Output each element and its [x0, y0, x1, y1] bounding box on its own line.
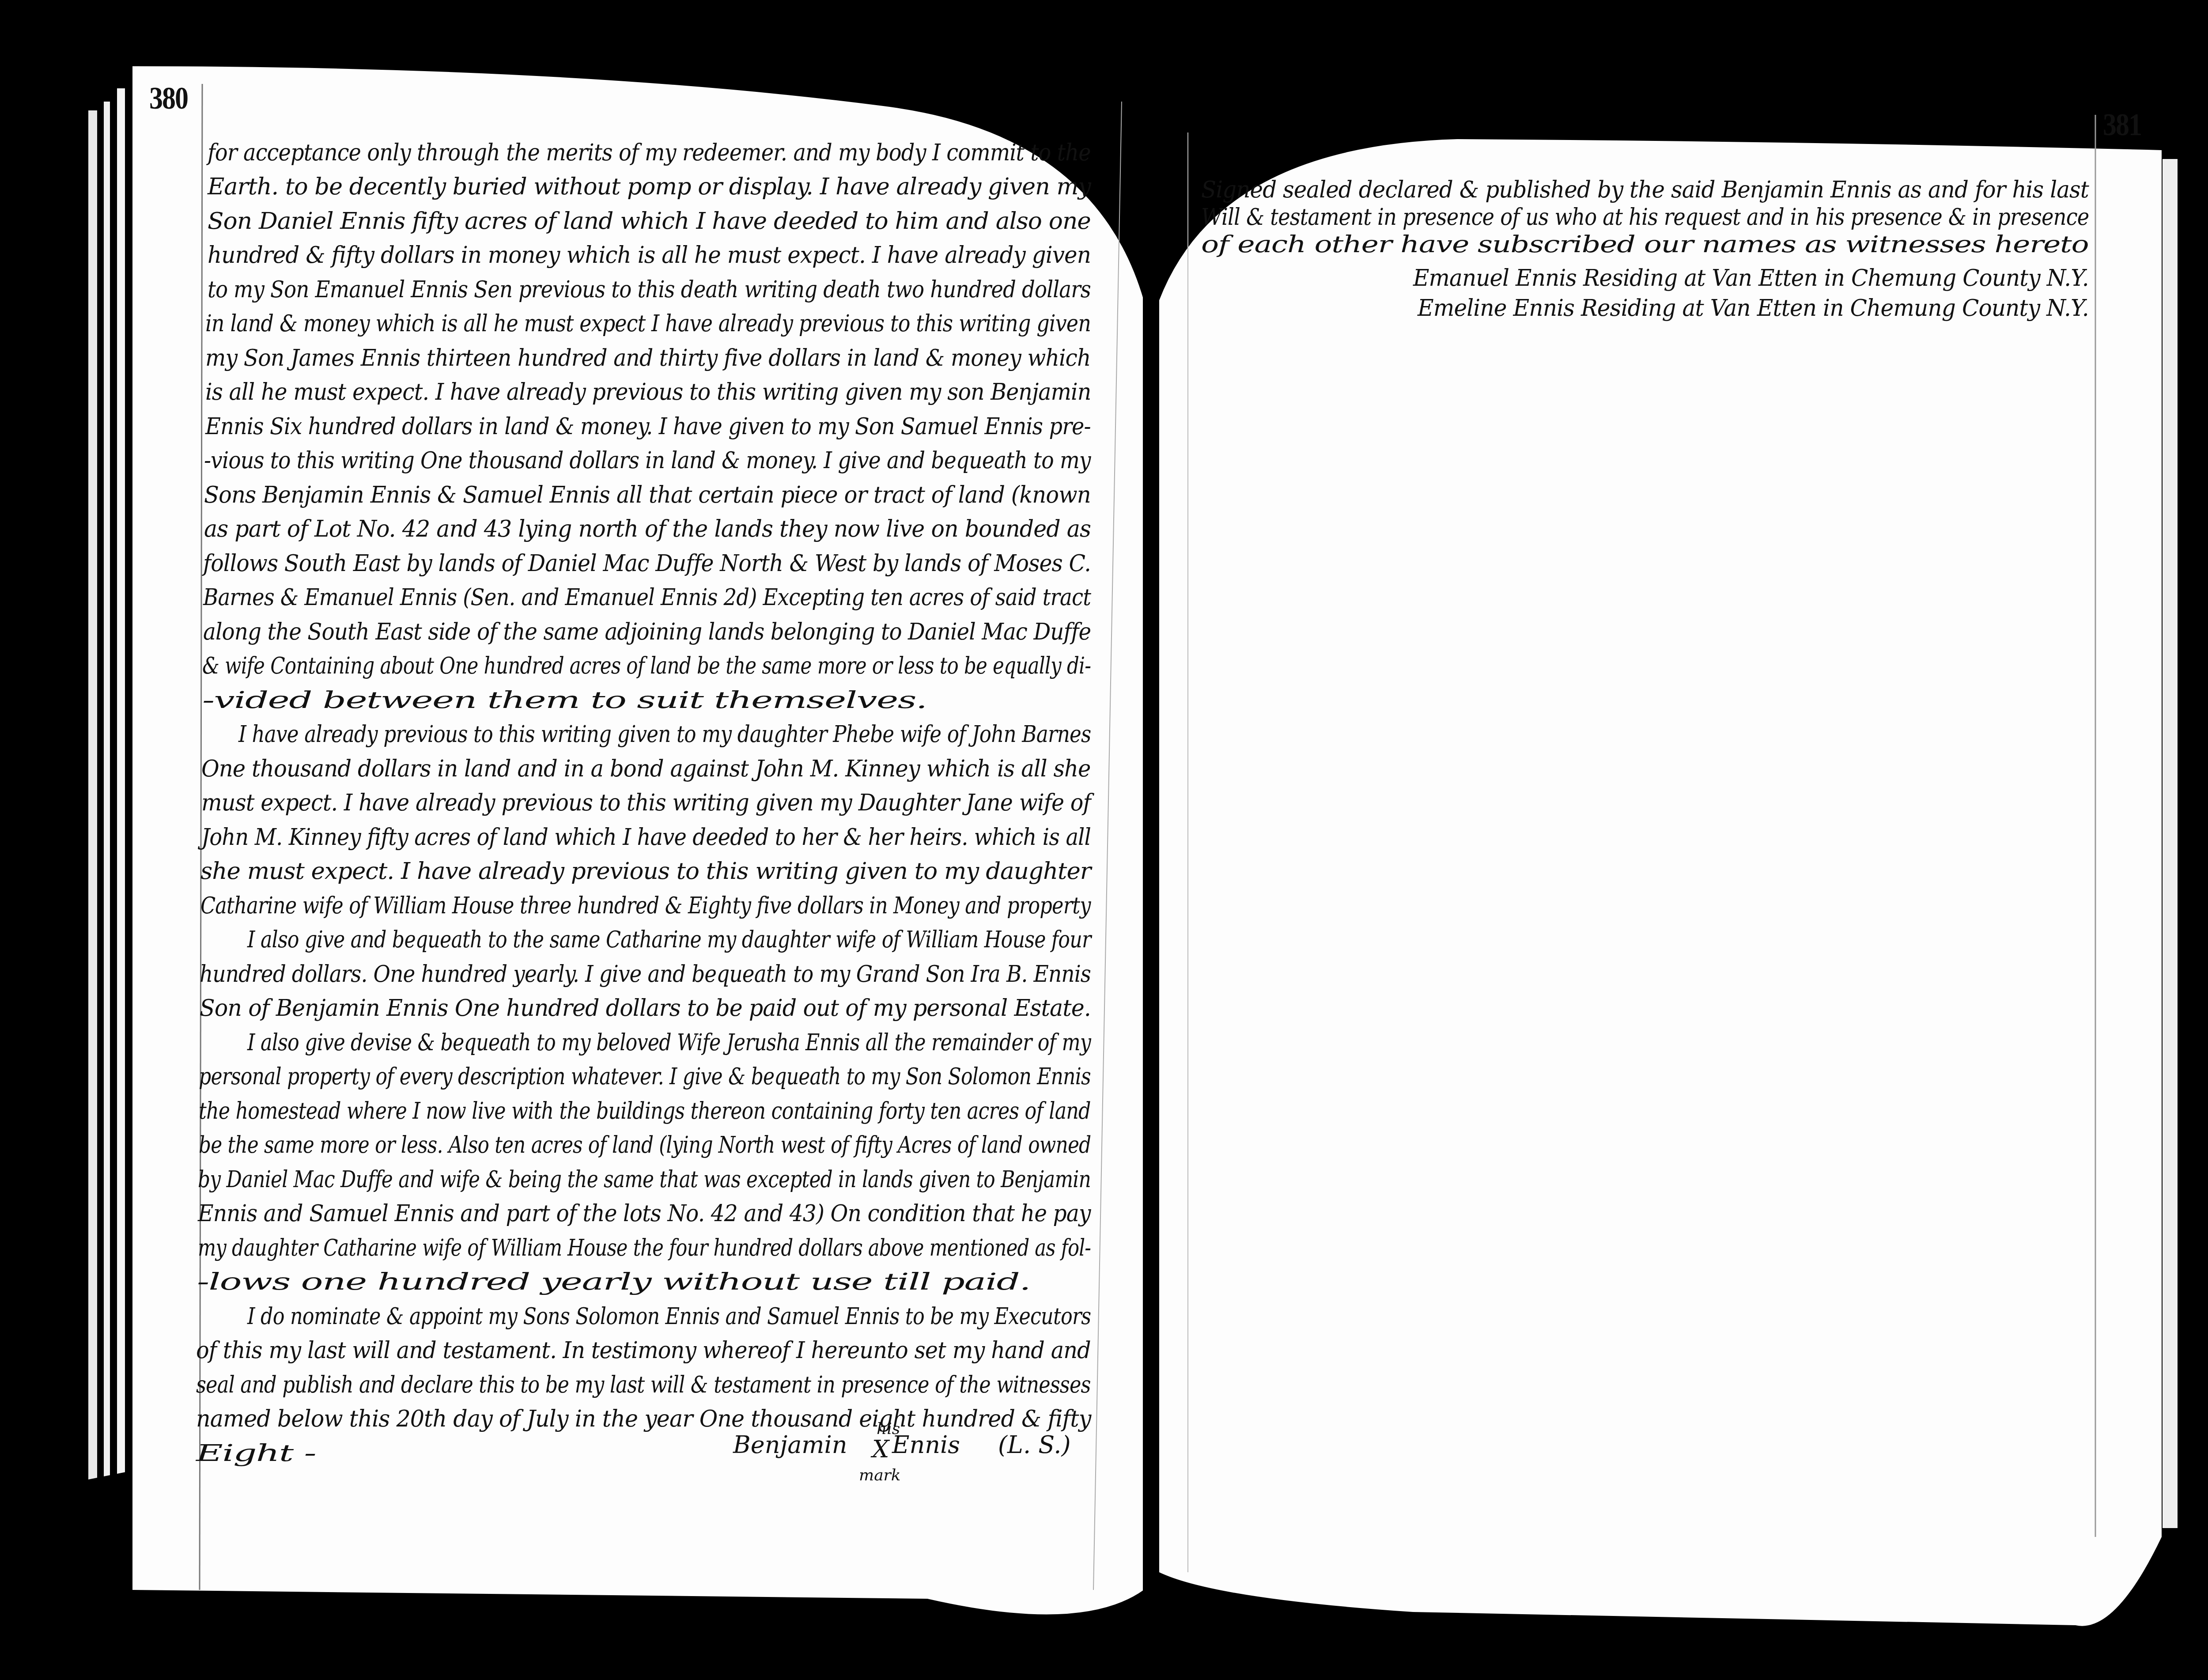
text-line: Eight -	[196, 1440, 316, 1467]
text-line: must expect. I have already previous to …	[201, 790, 1091, 816]
text-line: I also give and bequeath to the same Cat…	[247, 927, 1091, 953]
signature-x-mark: X	[872, 1435, 889, 1463]
signature-last-name: Ennis	[892, 1431, 960, 1459]
witness-line: Emeline Ennis Residing at Van Etten in C…	[1418, 295, 2089, 322]
text-line: for acceptance only through the merits o…	[208, 140, 1091, 166]
text-line: is all he must expect. I have already pr…	[205, 379, 1091, 405]
text-line: she must expect. I have already previous…	[200, 858, 1091, 885]
text-line: -vided between them to suit themselves.	[202, 687, 927, 714]
text-line: hundred & fifty dollars in money which i…	[208, 242, 1091, 269]
text-line: to my Son Emanuel Ennis Sen previous to …	[208, 276, 1091, 303]
text-line: hundred dollars. One hundred yearly. I g…	[200, 961, 1091, 988]
text-line: -lows one hundred yearly without use til…	[197, 1269, 1030, 1295]
text-line: I have already previous to this writing …	[238, 721, 1091, 748]
text-line: & wife Containing about One hundred acre…	[202, 653, 1091, 679]
text-line: seal and publish and declare this to be …	[196, 1372, 1091, 1398]
text-line: be the same more or less. Also ten acres…	[199, 1132, 1091, 1158]
text-line: my daughter Catharine wife of William Ho…	[198, 1235, 1091, 1261]
witness-line: Emanuel Ennis Residing at Van Etten in C…	[1413, 265, 2089, 291]
text-line: of this my last will and testament. In t…	[196, 1337, 1091, 1364]
signature-first-name: Benjamin	[733, 1431, 847, 1459]
text-line: my Son James Ennis thirteen hundred and …	[205, 345, 1091, 371]
page-number-right: 381	[2103, 107, 2141, 144]
text-line: Earth. to be decently buried without pom…	[208, 174, 1091, 200]
signature-mark-label: mark	[859, 1466, 901, 1484]
text-line: -vious to this writing One thousand doll…	[204, 447, 1091, 474]
text-line: Son of Benjamin Ennis One hundred dollar…	[200, 995, 1091, 1022]
text-line: Catharine wife of William House three hu…	[200, 893, 1091, 919]
text-line: by Daniel Mac Duffe and wife & being the…	[198, 1166, 1091, 1193]
text-line: Ennis and Samuel Ennis and part of the l…	[198, 1200, 1091, 1227]
text-line: the homestead where I now live with the …	[199, 1098, 1091, 1124]
text-line: I also give devise & bequeath to my belo…	[247, 1029, 1091, 1056]
text-line: of each other have subscribed our names …	[1201, 231, 2088, 258]
page-number-left: 380	[149, 81, 188, 117]
text-line: Sons Benjamin Ennis & Samuel Ennis all t…	[204, 482, 1091, 508]
text-line: along the South East side of the same ad…	[203, 619, 1091, 645]
text-line: John M. Kinney fifty acres of land which…	[201, 824, 1091, 851]
text-line: I do nominate & appoint my Sons Solomon …	[247, 1303, 1091, 1330]
text-line: in land & money which is all he must exp…	[205, 310, 1091, 337]
text-line: Son Daniel Ennis fifty acres of land whi…	[208, 208, 1091, 235]
text-line: Signed sealed declared & published by th…	[1201, 177, 2089, 203]
text-line: One thousand dollars in land and in a bo…	[201, 756, 1091, 782]
text-line: Barnes & Emanuel Ennis (Sen. and Emanuel…	[203, 584, 1091, 611]
text-line: as part of Lot No. 42 and 43 lying north…	[204, 516, 1091, 542]
text-line: named below this 20th day of July in the…	[196, 1406, 1091, 1432]
text-line: follows South East by lands of Daniel Ma…	[203, 550, 1091, 577]
seal-marker: (L. S.)	[998, 1431, 1071, 1459]
scanned-book-spread: 380 for acceptance only through the meri…	[0, 0, 2208, 1680]
text-line: personal property of every description w…	[199, 1063, 1091, 1090]
text-line: Ennis Six hundred dollars in land & mone…	[205, 413, 1091, 440]
text-line: Will & testament in presence of us who a…	[1201, 204, 2089, 231]
